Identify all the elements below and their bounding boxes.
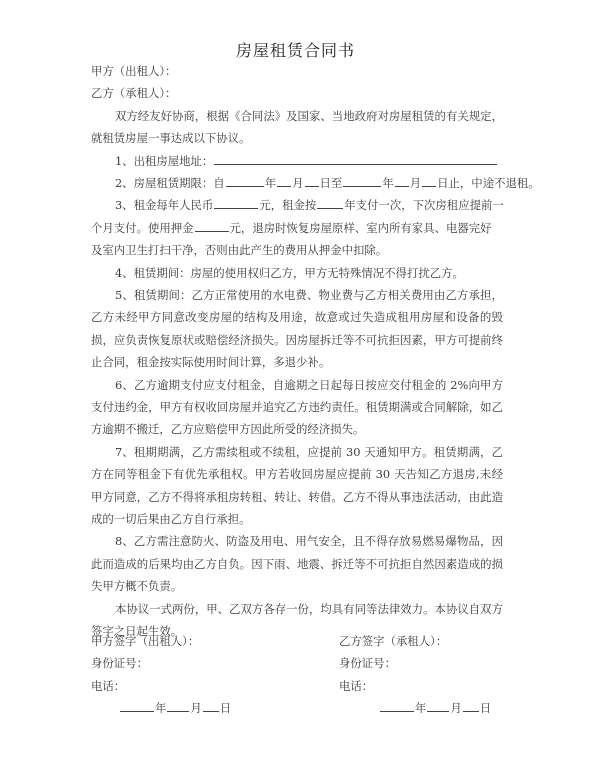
clause-4: 4、租赁期间：房屋的使用权归乙方，甲方无特殊情况不得打扰乙方。: [91, 262, 503, 284]
clause-3-label: 3、租金每年人民币: [115, 198, 213, 212]
contract-body: 甲方（出租人）： 乙方（承租人）： 双方经友好协商，根据《合同法》及国家、当地政…: [91, 60, 503, 642]
lessee-date: 年月日: [339, 697, 491, 719]
start-year-blank[interactable]: [226, 174, 264, 187]
end-month-blank[interactable]: [395, 174, 409, 187]
clause-3-line-2: 个月支付。使用押金元，退房时恢复房屋原样、室内所有家具、电器完好: [91, 217, 503, 239]
lessor-sign-label: 甲方签字（出租人）：: [91, 630, 231, 652]
year-label: 年: [265, 176, 276, 190]
year-label: 年: [155, 701, 166, 715]
lessee-day-blank[interactable]: [463, 699, 479, 712]
clause-1: 1、出租房屋地址：: [91, 150, 503, 172]
clause-3-line-1: 3、租金每年人民币元，租金按年支付一次，下次房租应提前一: [91, 194, 503, 216]
clause-2: 2、房屋租赁期限：自年月日至年月日止，中途不退租。: [91, 172, 503, 194]
year-label: 年: [415, 701, 426, 715]
lessee-signature-block: 乙方签字（承租人）： 身份证号： 电话： 年月日: [339, 630, 491, 720]
lessor-year-blank[interactable]: [120, 699, 154, 712]
lessee-sign-label: 乙方签字（承租人）：: [339, 630, 491, 652]
day-label: 日: [220, 701, 231, 715]
document-title: 房屋租赁合同书: [0, 38, 591, 61]
clause-5: 5、租赁期间：乙方正常使用的水电费、物业费与乙方相关费用由乙方承担，乙方未经甲方…: [91, 284, 503, 374]
deposit-blank[interactable]: [195, 219, 229, 232]
clause-2-label: 2、房屋租赁期限：自: [115, 176, 225, 190]
end-year-blank[interactable]: [343, 174, 381, 187]
clause-6: 6、乙方逾期支付应支付租金，自逾期之日起每日按应交付租金的 2%向甲方支付违约金…: [91, 374, 503, 441]
end-day-blank[interactable]: [422, 174, 436, 187]
day-label: 日: [480, 701, 491, 715]
clause-7: 7、租期期满，乙方需续租或不续租，应提前 30 天通知甲方。租赁期满，乙方在同等…: [91, 441, 503, 531]
day-label: 日止，中途不退租。: [437, 176, 540, 190]
clause-3-text: 元，退房时恢复房屋原样、室内所有家具、电器完好: [230, 221, 492, 235]
lessor-date: 年月日: [91, 697, 231, 719]
start-day-blank[interactable]: [305, 174, 319, 187]
start-month-blank[interactable]: [277, 174, 291, 187]
clause-1-label: 1、出租房屋地址：: [115, 154, 213, 168]
lessor-phone-label: 电话：: [91, 675, 231, 697]
year-label: 年: [382, 176, 393, 190]
clause-8: 8、乙方需注意防火、防盗及用电、用气安全，且不得存放易燃易爆物品，因此而造成的后…: [91, 530, 503, 597]
lessor-month-blank[interactable]: [167, 699, 189, 712]
lessor-label: 甲方（出租人）：: [91, 60, 503, 82]
month-label: 月: [292, 176, 303, 190]
lessee-id-label: 身份证号：: [339, 652, 491, 674]
preamble: 双方经友好协商，根据《合同法》及国家、当地政府对房屋租赁的有关规定，就租赁房屋一…: [91, 105, 503, 150]
payment-cycle-blank[interactable]: [317, 196, 343, 209]
lessor-day-blank[interactable]: [203, 699, 219, 712]
month-label: 月: [190, 701, 201, 715]
clause-3-text: 年支付一次，下次房租应提前一: [344, 198, 503, 212]
clause-3-text: 元，租金按: [259, 198, 316, 212]
lessee-year-blank[interactable]: [380, 699, 414, 712]
lessee-phone-label: 电话：: [339, 675, 491, 697]
lessee-month-blank[interactable]: [427, 699, 449, 712]
address-blank[interactable]: [214, 152, 497, 165]
lessor-id-label: 身份证号：: [91, 652, 231, 674]
month-label: 月: [450, 701, 461, 715]
lessor-signature-block: 甲方签字（出租人）： 身份证号： 电话： 年月日: [91, 630, 231, 720]
month-label: 月: [410, 176, 421, 190]
annual-rent-blank[interactable]: [214, 196, 258, 209]
clause-3-line-3: 及室内卫生打扫干净，否则由此产生的费用从押金中扣除。: [91, 239, 503, 261]
day-label: 日至: [320, 176, 343, 190]
clause-3-text: 个月支付。使用押金: [91, 221, 194, 235]
lessee-label: 乙方（承租人）：: [91, 82, 503, 104]
